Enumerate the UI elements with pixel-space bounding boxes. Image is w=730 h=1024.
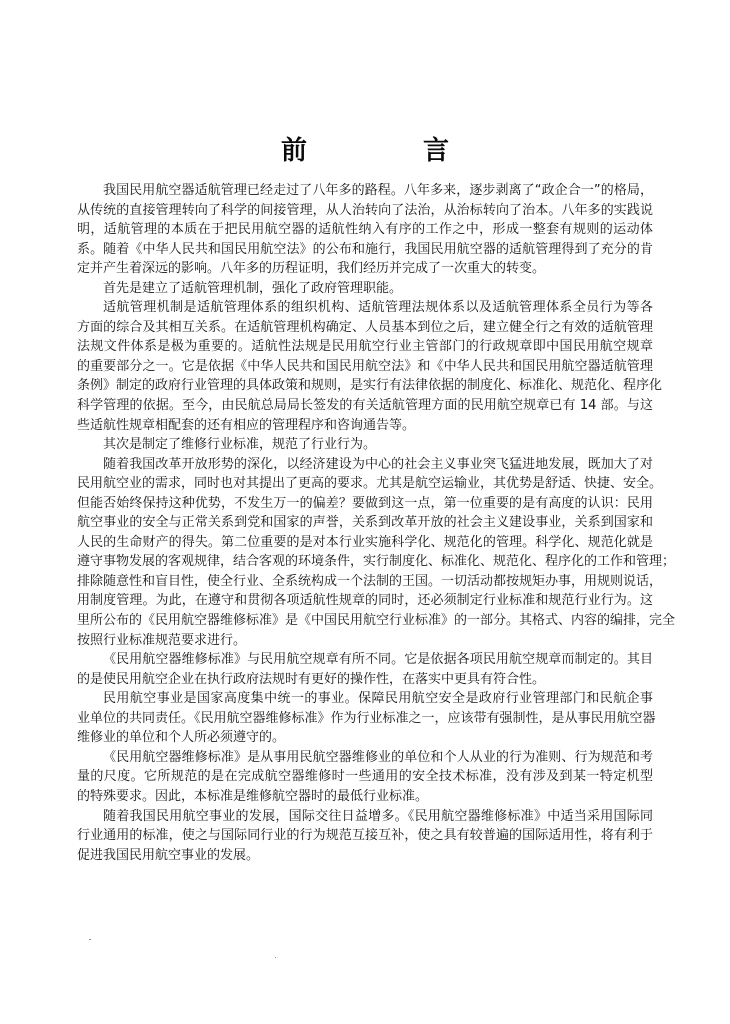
paragraph-4-line-1: 其次是制定了维修行业标准，规范了行业行为。 xyxy=(77,435,653,455)
paragraph-5-line-8: 用制度管理。为此，在遵守和贯彻各项适航性规章的同时，还必须制定行业标准和规范行业… xyxy=(77,591,653,611)
paragraph-5-line-4: 航空事业的安全与正常关系到党和国家的声誉，关系到改革开放的社会主义建设事业，关系… xyxy=(77,513,653,533)
paragraph-3-line-3: 法规文件体系是极为重要的。适航性法规是民用航空行业主管部门的行政规章即中国民用航… xyxy=(77,337,653,357)
paragraph-5-line-3: 但能否始终保持这种优势，不发生万一的偏差？要做到这一点，第一位重要的是有高度的认… xyxy=(77,494,653,514)
paragraph-1-line-3: 明，适航管理的本质在于把民用航空器的适航性纳入有序的工作之中，形成一整套有规则的… xyxy=(77,220,653,240)
page-title: 前言 xyxy=(0,130,730,167)
paragraph-8-line-1: 《民用航空器维修标准》是从事用民航空器维修业的单位和个人从业的行为准则、行为规范… xyxy=(77,748,653,768)
paragraph-8-line-2: 量的尺度。它所规范的是在完成航空器维修时一些通用的安全技术标准，没有涉及到某一特… xyxy=(77,767,653,787)
paragraph-6-line-2: 的是使民用航空企业在执行政府法规时有更好的操作性，在落实中更具有符合性。 xyxy=(77,670,653,690)
paragraph-8-line-3: 的特殊要求。因此，本标准是维修航空器时的最低行业标准。 xyxy=(77,787,653,807)
paragraph-5-line-2: 民用航空业的需求，同时也对其提出了更高的要求。尤其是航空运输业，其优势是舒适、快… xyxy=(77,474,653,494)
paragraph-5-line-6: 遵守事物发展的客观规律，结合客观的环境条件，实行制度化、标准化、规范化、程序化的… xyxy=(77,552,653,572)
paragraph-7-line-1: 民用航空事业是国家高度集中统一的事业。保障民用航空安全是政府行业管理部门和民航企… xyxy=(77,689,653,709)
paragraph-5-line-1: 随着我国改革开放形势的深化，以经济建设为中心的社会主义事业突飞猛进地发展，既加大… xyxy=(77,455,653,475)
paragraph-1-line-2: 从传统的直接管理转向了科学的间接管理，从人治转向了法治，从治标转向了治本。八年多… xyxy=(77,201,653,221)
paragraph-5-line-5: 人民的生命财产的得失。第二位重要的是对本行业实施科学化、规范化的管理。科学化、规… xyxy=(77,533,653,553)
paragraph-3-line-1: 适航管理机制是适航管理体系的组织机构、适航管理法规体系以及适航管理体系全员行为等… xyxy=(77,298,653,318)
paragraph-5-line-10: 按照行业标准规范要求进行。 xyxy=(77,631,653,651)
paragraph-7-line-3: 维修业的单位和个人所必须遵守的。 xyxy=(77,728,653,748)
paragraph-1-line-1: 我国民用航空器适航管理已经走过了八年多的路程。八年多来，逐步剥离了“政企合一”的… xyxy=(77,181,653,201)
paragraph-3-line-2: 方面的综合及其相互关系。在适航管理机构确定、人员基本到位之后，建立健全行之有效的… xyxy=(77,318,653,338)
title-char-2: 言 xyxy=(423,130,449,167)
paragraph-9-line-2: 行业通用的标准，使之与国际同行业的行为规范互接互补，使之具有较普遍的国际适用性，… xyxy=(77,826,653,846)
paragraph-5-line-9: 里所公布的《民用航空器维修标准》是《中国民用航空行业标准》的一部分。其格式、内容… xyxy=(77,611,653,631)
paragraph-1-line-4: 系。随着《中华人民共和国民用航空法》的公布和施行，我国民用航空器的适航管理得到了… xyxy=(77,240,653,260)
paragraph-3-line-6: 科学管理的依据。至今，由民航总局局长签发的有关适航管理方面的民用航空规章已有 1… xyxy=(77,396,653,416)
scan-speck xyxy=(275,957,276,958)
document-page: 前言 我国民用航空器适航管理已经走过了八年多的路程。八年多来，逐步剥离了“政企合… xyxy=(0,0,730,1024)
paragraph-9-line-3: 促进我国民用航空事业的发展。 xyxy=(77,846,653,866)
title-char-1: 前 xyxy=(281,130,307,167)
paragraph-3-line-7: 些适航性规章相配套的还有相应的管理程序和咨询通告等。 xyxy=(77,416,653,436)
paragraph-7-line-2: 业单位的共同责任。《民用航空器维修标准》作为行业标准之一，应该带有强制性，是从事… xyxy=(77,709,653,729)
scan-speck xyxy=(89,939,91,940)
paragraph-5-line-7: 排除随意性和盲目性，使全行业、全系统构成一个法制的王国。一切活动都按规矩办事，用… xyxy=(77,572,653,592)
paragraph-6-line-1: 《民用航空器维修标准》与民用航空规章有所不同。它是依据各项民用航空规章而制定的。… xyxy=(77,650,653,670)
paragraph-3-line-5: 条例》制定的政府行业管理的具体政策和规则，是实行有法律依据的制度化、标准化、规范… xyxy=(77,376,653,396)
paragraph-3-line-4: 的重要部分之一。它是依据《中华人民共和国民用航空法》和《中华人民共和国民用航空器… xyxy=(77,357,653,377)
paragraph-1-line-5: 定并产生着深远的影响。八年多的历程证明，我们经历并完成了一次重大的转变。 xyxy=(77,259,653,279)
paragraph-2-line-1: 首先是建立了适航管理机制，强化了政府管理职能。 xyxy=(77,279,653,299)
preface-body: 我国民用航空器适航管理已经走过了八年多的路程。八年多来，逐步剥离了“政企合一”的… xyxy=(77,181,653,865)
paragraph-9-line-1: 随着我国民用航空事业的发展，国际交往日益增多。《民用航空器维修标准》中适当采用国… xyxy=(77,807,653,827)
